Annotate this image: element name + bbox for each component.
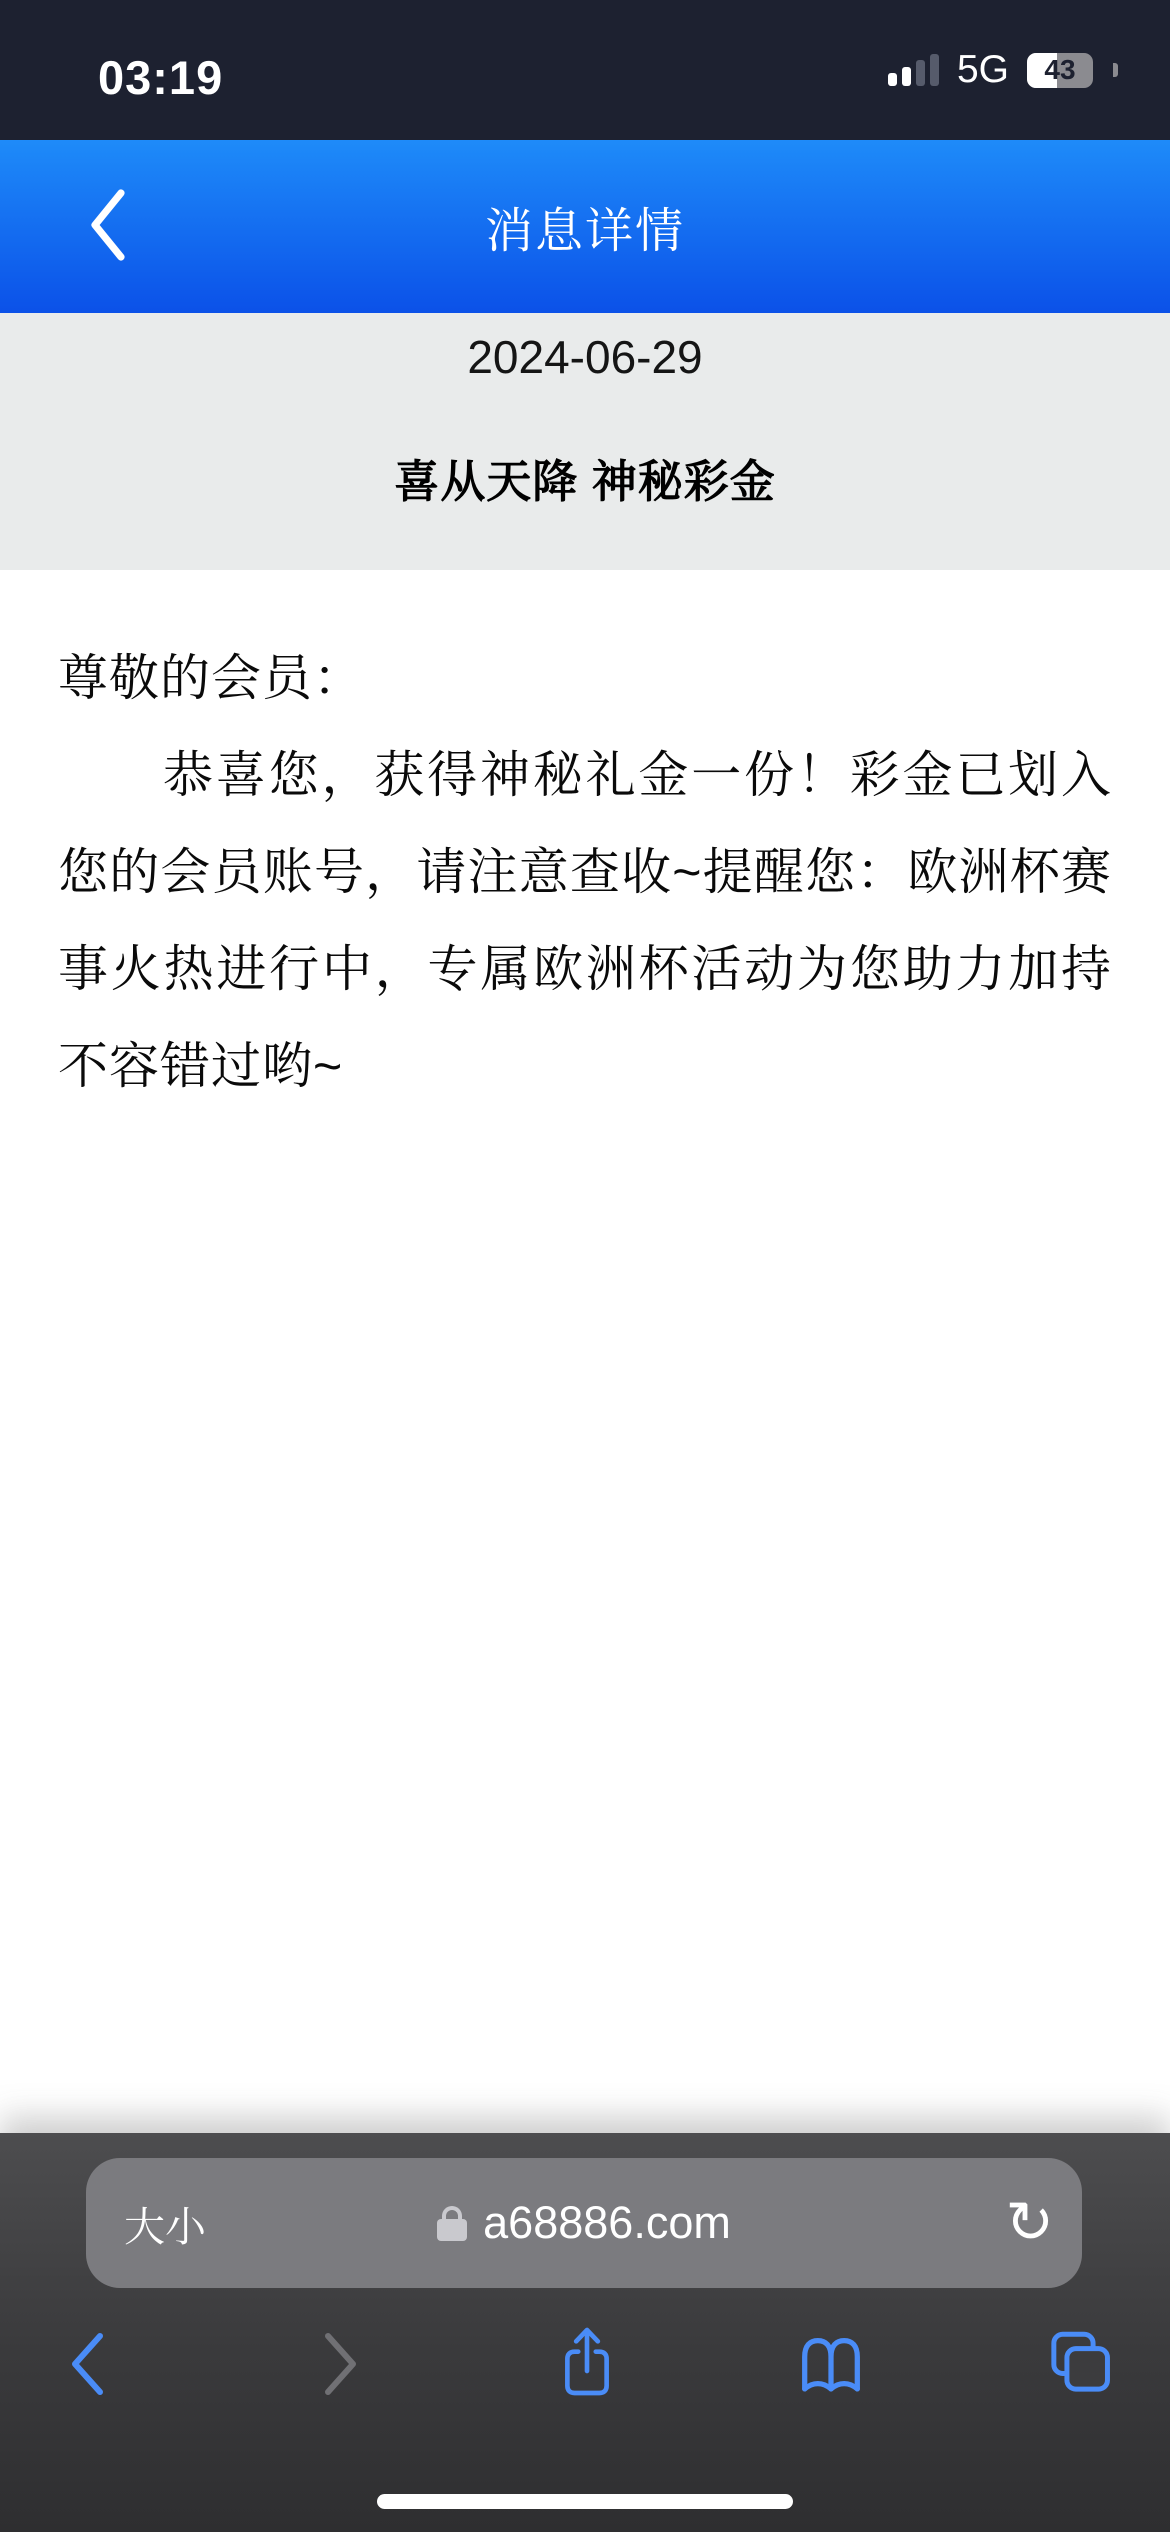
url-area: a68886.com bbox=[86, 2197, 1082, 2249]
network-type-label: 5G bbox=[957, 48, 1009, 92]
share-icon bbox=[556, 2323, 618, 2404]
status-time: 03:19 bbox=[98, 50, 223, 105]
battery-percent: 43 bbox=[1027, 53, 1093, 88]
message-content: 尊敬的会员： 恭喜您，获得神秘礼金一份！彩金已划入您的会员账号，请注意查收~提醒… bbox=[0, 570, 1170, 2133]
text-size-button[interactable]: 大小 bbox=[124, 2158, 206, 2288]
browser-nav-row bbox=[0, 2323, 1170, 2413]
chevron-left-icon bbox=[67, 2331, 107, 2400]
refresh-button[interactable]: ↻ bbox=[1005, 2158, 1054, 2288]
message-date: 2024-06-29 bbox=[0, 329, 1170, 385]
browser-toolbar: 大小 a68886.com ↻ bbox=[0, 2133, 1170, 2532]
status-indicators: 5G 43 bbox=[888, 0, 1118, 140]
browser-forward-button[interactable] bbox=[321, 2331, 361, 2400]
url-text: a68886.com bbox=[483, 2197, 731, 2249]
tabs-overview-icon bbox=[1047, 2329, 1113, 2400]
browser-back-button[interactable] bbox=[67, 2331, 107, 2400]
share-button[interactable] bbox=[556, 2323, 618, 2404]
phone-screen: 03:19 5G 43 消息详情 2024-06-29 喜从天降 神秘彩金 bbox=[0, 0, 1170, 2532]
message-subject: 喜从天降 神秘彩金 bbox=[0, 445, 1170, 510]
battery-icon: 43 bbox=[1027, 53, 1093, 88]
chevron-left-icon bbox=[86, 187, 128, 266]
open-book-icon bbox=[793, 2333, 869, 2398]
message-meta: 2024-06-29 喜从天降 神秘彩金 bbox=[0, 313, 1170, 570]
app-header: 消息详情 bbox=[0, 140, 1170, 313]
lock-icon bbox=[437, 2206, 467, 2241]
bookmarks-button[interactable] bbox=[793, 2333, 869, 2398]
page-title: 消息详情 bbox=[485, 192, 685, 261]
cellular-signal-icon bbox=[888, 52, 939, 88]
chevron-right-icon bbox=[321, 2331, 361, 2400]
tabs-button[interactable] bbox=[1047, 2329, 1113, 2400]
home-indicator[interactable] bbox=[377, 2494, 793, 2509]
message-salutation: 尊敬的会员： bbox=[58, 630, 1112, 727]
address-bar[interactable]: 大小 a68886.com ↻ bbox=[86, 2158, 1082, 2288]
header-back-button[interactable] bbox=[62, 140, 152, 313]
battery-nub bbox=[1113, 63, 1118, 77]
message-body: 恭喜您，获得神秘礼金一份！彩金已划入您的会员账号，请注意查收~提醒您：欧洲杯赛事… bbox=[58, 727, 1112, 1115]
status-bar: 03:19 5G 43 bbox=[0, 0, 1170, 140]
